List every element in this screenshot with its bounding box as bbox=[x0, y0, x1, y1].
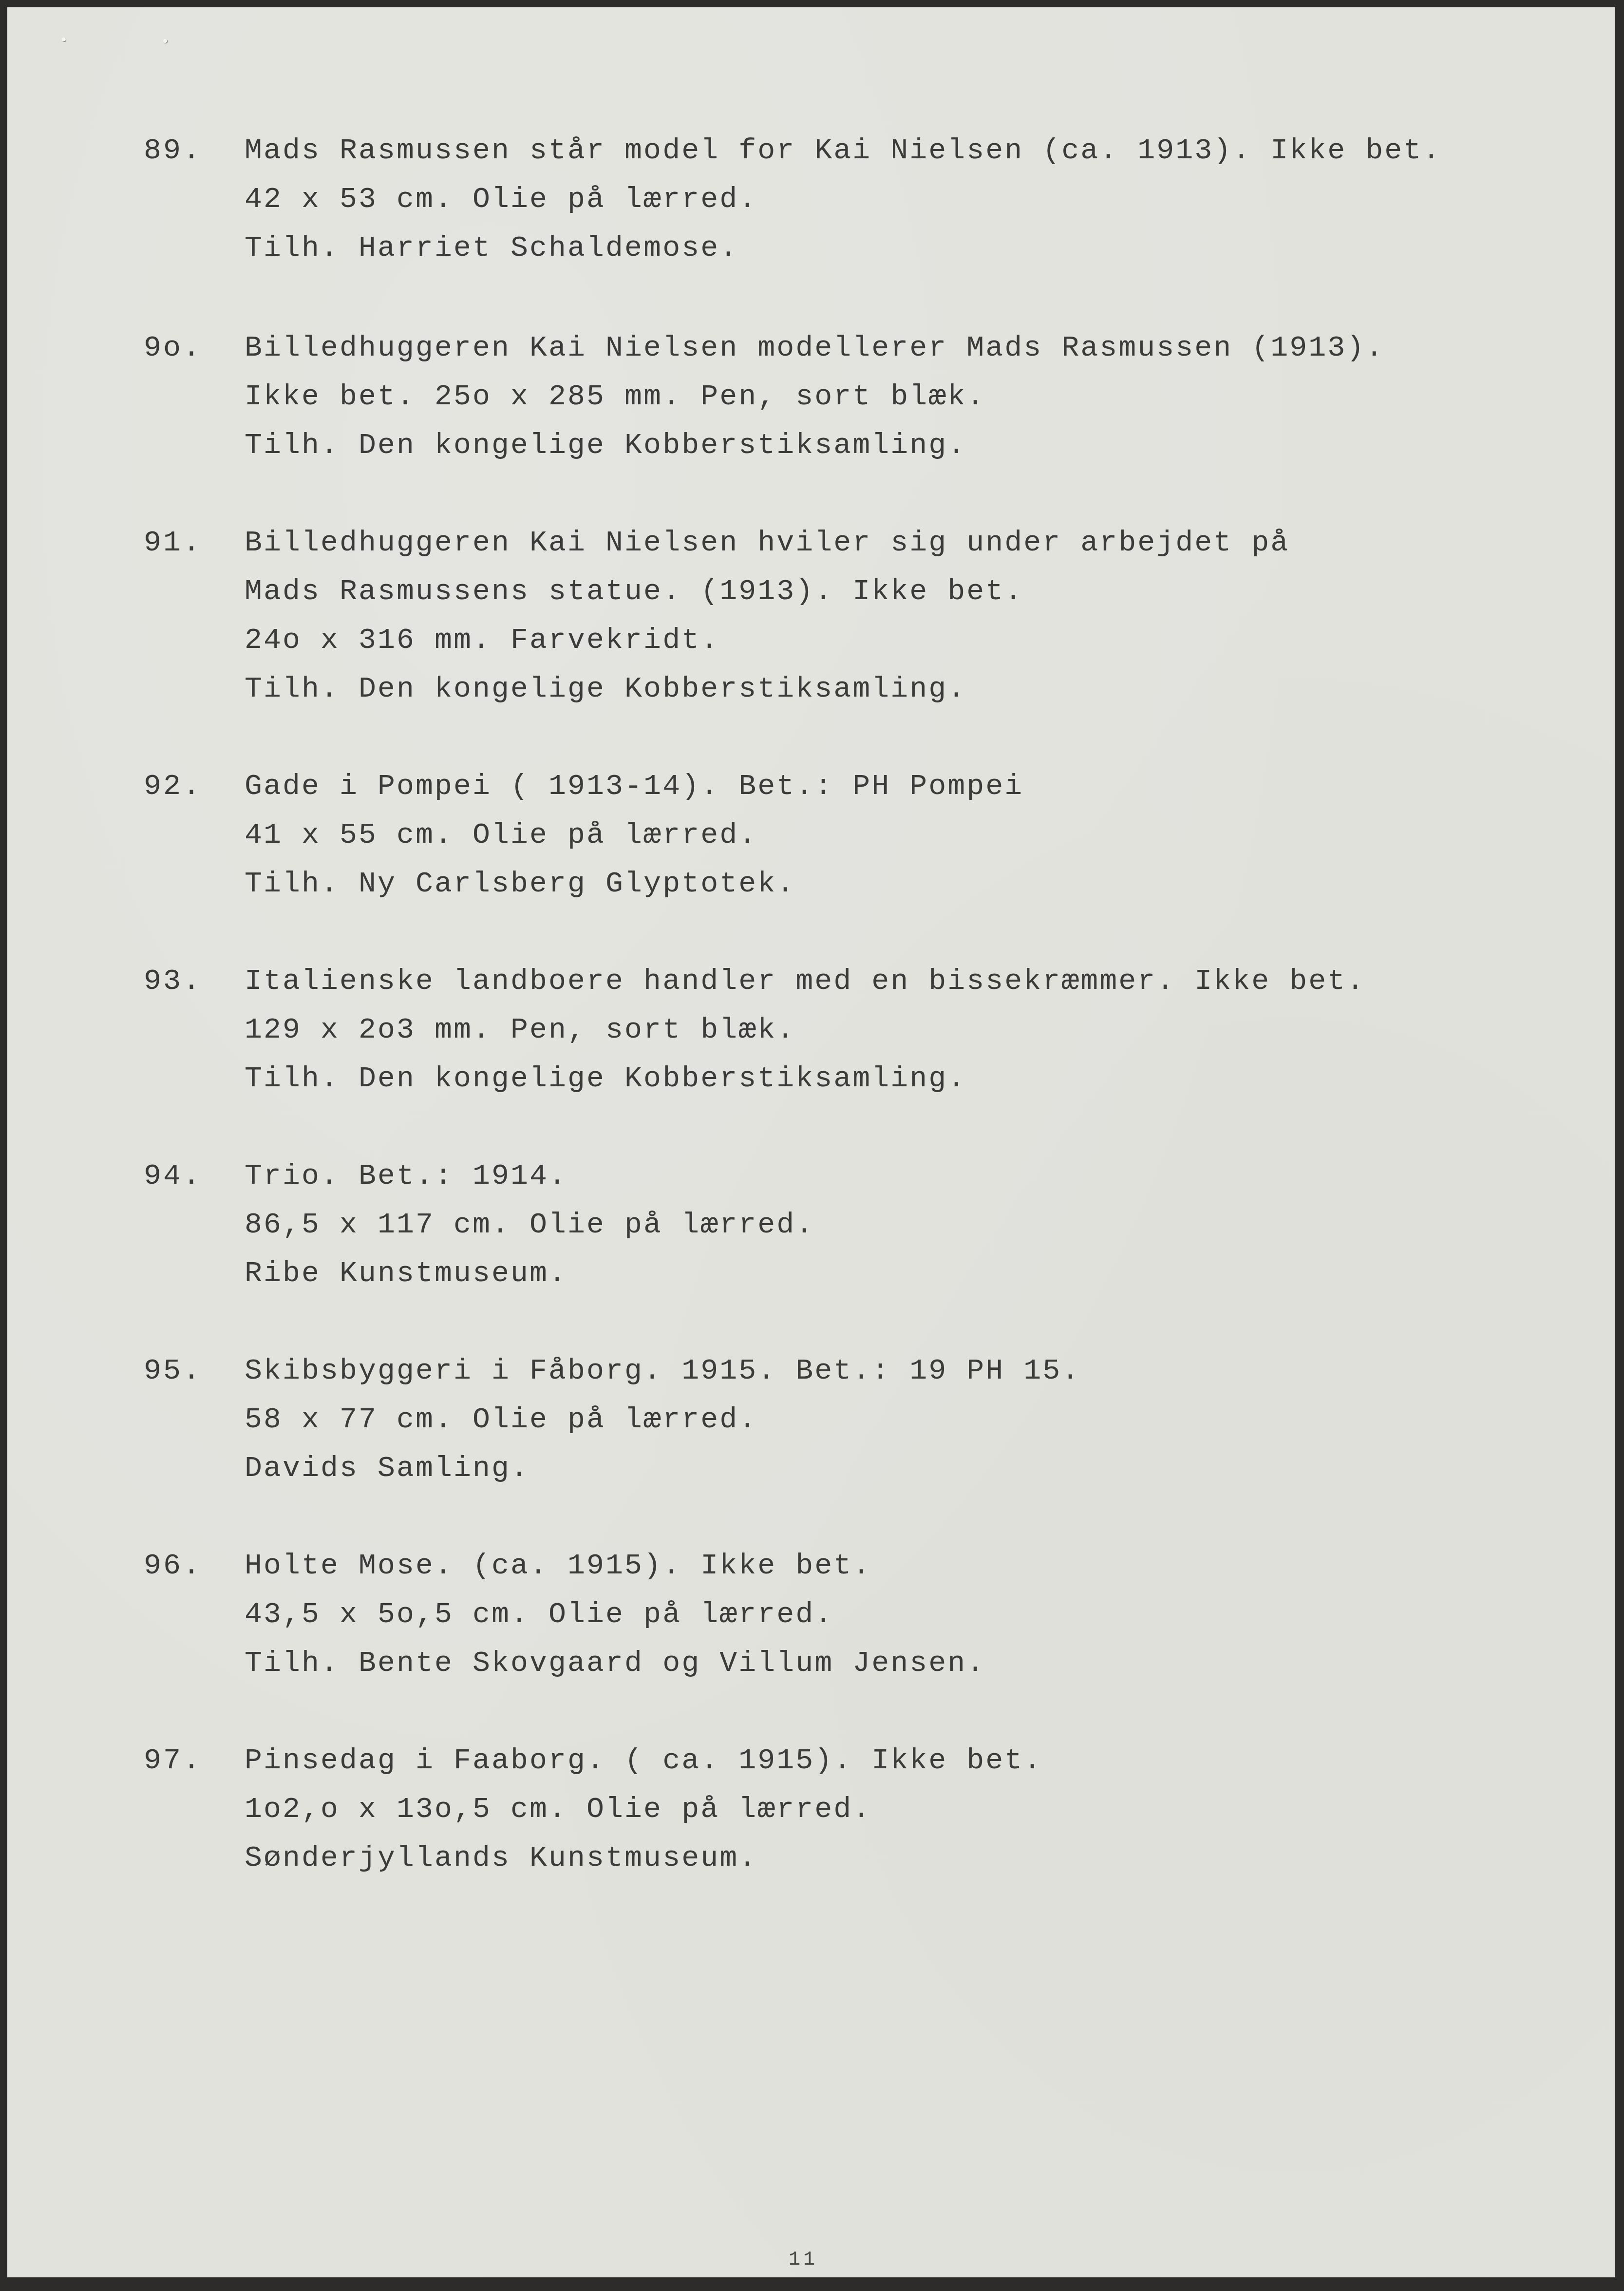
entry-owner-line: Tilh. Ny Carlsberg Glyptotek. bbox=[245, 860, 1023, 909]
entry-owner-line: Tilh. Den kongelige Kobberstiksamling. bbox=[245, 665, 1289, 714]
entry-title-line: Billedhuggeren Kai Nielsen modellerer Ma… bbox=[245, 324, 1384, 373]
entry-text: Italienske landboere handler med en biss… bbox=[245, 957, 1365, 1103]
entry-number: 96. bbox=[144, 1542, 202, 1590]
entry-number: 91. bbox=[144, 519, 202, 568]
page-number: 11 bbox=[789, 2248, 818, 2272]
entry-title-line: Holte Mose. (ca. 1915). Ikke bet. bbox=[245, 1542, 985, 1590]
entry-title-line: Mads Rasmussen står model for Kai Nielse… bbox=[245, 127, 1441, 175]
entry-title-line: Billedhuggeren Kai Nielsen hviler sig un… bbox=[245, 519, 1289, 568]
entry-dimensions-line: Ikke bet. 25o x 285 mm. Pen, sort blæk. bbox=[245, 373, 1384, 421]
entry-dimensions-line: 129 x 2o3 mm. Pen, sort blæk. bbox=[245, 1006, 1365, 1055]
entry-title-line: Trio. Bet.: 1914. bbox=[245, 1152, 814, 1201]
entry-owner-line: Sønderjyllands Kunstmuseum. bbox=[245, 1834, 1042, 1883]
paper-speck bbox=[62, 38, 66, 41]
entry-text: Billedhuggeren Kai Nielsen hviler sig un… bbox=[245, 519, 1289, 714]
entry-title-line: Italienske landboere handler med en biss… bbox=[245, 957, 1365, 1006]
entry-title-line: Mads Rasmussens statue. (1913). Ikke bet… bbox=[245, 568, 1289, 616]
entry-dimensions-line: 24o x 316 mm. Farvekridt. bbox=[245, 616, 1289, 665]
entry-text: Billedhuggeren Kai Nielsen modellerer Ma… bbox=[245, 324, 1384, 470]
entry-title-line: Gade i Pompei ( 1913-14). Bet.: PH Pompe… bbox=[245, 762, 1023, 811]
entry-text: Gade i Pompei ( 1913-14). Bet.: PH Pompe… bbox=[245, 762, 1023, 909]
entry-owner-line: Tilh. Den kongelige Kobberstiksamling. bbox=[245, 421, 1384, 470]
entry-number: 93. bbox=[144, 957, 202, 1006]
entry-text: Pinsedag i Faaborg. ( ca. 1915). Ikke be… bbox=[245, 1737, 1042, 1883]
entry-text: Holte Mose. (ca. 1915). Ikke bet. 43,5 x… bbox=[245, 1542, 985, 1688]
entry-dimensions-line: 86,5 x 117 cm. Olie på lærred. bbox=[245, 1201, 814, 1250]
entry-number: 95. bbox=[144, 1347, 202, 1396]
typewritten-page: 89. Mads Rasmussen står model for Kai Ni… bbox=[7, 7, 1615, 2277]
entry-number: 9o. bbox=[144, 324, 202, 373]
entry-dimensions-line: 58 x 77 cm. Olie på lærred. bbox=[245, 1396, 1080, 1444]
entry-number: 92. bbox=[144, 762, 202, 811]
entry-dimensions-line: 1o2,o x 13o,5 cm. Olie på lærred. bbox=[245, 1785, 1042, 1834]
entry-number: 89. bbox=[144, 127, 202, 175]
entry-title-line: Pinsedag i Faaborg. ( ca. 1915). Ikke be… bbox=[245, 1737, 1042, 1785]
entry-number: 94. bbox=[144, 1152, 202, 1201]
entry-dimensions-line: 43,5 x 5o,5 cm. Olie på lærred. bbox=[245, 1590, 985, 1639]
entry-text: Skibsbyggeri i Fåborg. 1915. Bet.: 19 PH… bbox=[245, 1347, 1080, 1493]
entry-owner-line: Ribe Kunstmuseum. bbox=[245, 1250, 814, 1298]
entry-text: Trio. Bet.: 1914. 86,5 x 117 cm. Olie på… bbox=[245, 1152, 814, 1298]
entry-owner-line: Tilh. Bente Skovgaard og Villum Jensen. bbox=[245, 1639, 985, 1688]
entry-dimensions-line: 41 x 55 cm. Olie på lærred. bbox=[245, 811, 1023, 860]
entry-number: 97. bbox=[144, 1737, 202, 1785]
paper-speck bbox=[163, 39, 167, 43]
entry-dimensions-line: 42 x 53 cm. Olie på lærred. bbox=[245, 175, 1441, 224]
entry-text: Mads Rasmussen står model for Kai Nielse… bbox=[245, 127, 1441, 273]
entry-title-line: Skibsbyggeri i Fåborg. 1915. Bet.: 19 PH… bbox=[245, 1347, 1080, 1396]
entry-owner-line: Tilh. Harriet Schaldemose. bbox=[245, 224, 1441, 273]
entry-owner-line: Davids Samling. bbox=[245, 1444, 1080, 1493]
entry-owner-line: Tilh. Den kongelige Kobberstiksamling. bbox=[245, 1055, 1365, 1103]
